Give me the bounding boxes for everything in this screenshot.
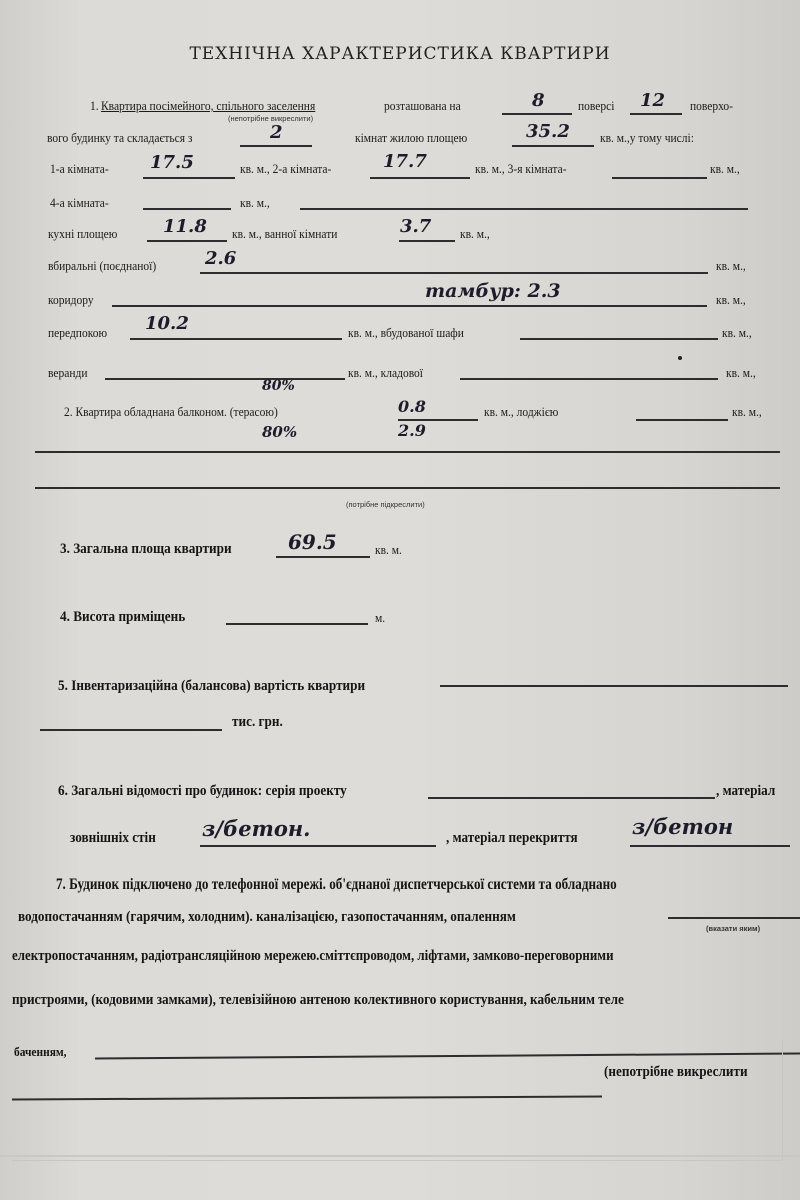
utilities-line-3: електропостачанням, радіотрансляційною м… [12,948,614,965]
hall-value[interactable]: 10.2 [145,313,189,334]
room1-value[interactable]: 17.5 [150,152,194,173]
inventory-value-label: 5. Інвентаризаційна (балансова) вартість… [58,678,365,695]
corridor-value[interactable]: тамбур: 2.3 [425,280,561,302]
room-height-field-line[interactable] [226,623,368,625]
veranda-field-line[interactable] [105,378,345,380]
room3-label: кв. м., 3-я кімната- [475,162,567,177]
room1-field-line [143,177,235,179]
outer-walls-field-line [200,845,436,847]
wardrobe-field-line[interactable] [520,338,718,340]
rooms-field-line [240,145,312,147]
bath-value[interactable]: 3.7 [400,216,431,237]
room2-label: кв. м., 2-а кімната- [240,162,331,177]
inventory-value-field-line-2[interactable] [40,729,222,731]
wardrobe-label: кв. м., вбудованої шафи [348,326,464,341]
floor-value[interactable]: 8 [532,90,545,111]
document-page: ТЕХНІЧНА ХАРАКТЕРИСТИКА КВАРТИРИ 1. Квар… [0,0,800,1200]
utilities-line-4: пристроями, (кодовими замками), телевізі… [12,992,624,1009]
living-area-unit: кв. м.,у тому числі: [600,131,694,146]
storeys-label: поверхо- [690,99,733,114]
percent-bottom: 80% [262,423,297,441]
inventory-value-field-line[interactable] [440,685,788,687]
specify-note: (вказати яким) [706,924,760,933]
total-area-value[interactable]: 69.5 [288,530,337,554]
project-series-field-line[interactable] [428,797,715,799]
total-floors-field-line [630,113,682,115]
balcony-extra-line-2[interactable] [35,487,780,489]
document-title: ТЕХНІЧНА ХАРАКТЕРИСТИКА КВАРТИРИ [0,44,800,64]
total-area-label: 3. Загальна площа квартири [60,541,232,558]
room3-field-line[interactable] [612,177,707,179]
outer-walls-label: зовнішніх стін [70,830,156,847]
kitchen-field-line [147,240,227,242]
room-height-unit: м. [375,611,385,626]
toilet-value[interactable]: 2.6 [205,248,236,269]
balcony-value-bottom[interactable]: 2.9 [398,421,426,440]
kitchen-label: кухні площею [48,227,117,242]
paper-fold [0,1155,800,1157]
rooms-intro-label: вого будинку та складається з [47,131,192,146]
bath-label: кв. м., ванної кімнати [232,227,337,242]
balcony-extra-line-1[interactable] [35,451,780,453]
loggia-unit: кв. м., [732,405,762,420]
hall-label: передпокою [48,326,107,341]
room4-label: 4-а кімната- [50,196,109,211]
ceiling-material-field-line [630,845,790,847]
loggia-label: кв. м., лоджією [484,405,558,420]
living-area-value[interactable]: 35.2 [526,121,570,142]
section1-occupancy-type: Квартира посімейного, спільного заселенн… [101,99,315,114]
kitchen-value[interactable]: 11.8 [163,216,207,237]
storage-label: кв. м., кладової [348,366,423,381]
ceiling-material-value[interactable]: з/бетон [632,814,733,839]
total-area-field-line [276,556,370,558]
corridor-label: коридору [48,293,94,308]
toilet-unit: кв. м., [716,259,746,274]
room4-field-line[interactable] [143,208,231,210]
wardrobe-unit: кв. м., [722,326,752,341]
room2-value[interactable]: 17.7 [383,151,427,172]
room3-unit: кв. м., [710,162,740,177]
room2-field-line [370,177,470,179]
ceiling-material-label: , матеріал перекриття [446,830,578,847]
hall-field-line [130,338,342,340]
room1-label: 1-а кімната- [50,162,109,177]
total-floors-value[interactable]: 12 [640,90,665,111]
page-frame-border [12,1040,783,1161]
percent-top: 80% [262,378,295,394]
corridor-field-line [112,305,707,307]
underline-note: (потрібне підкреслити) [346,500,425,509]
total-area-unit: кв. м. [375,543,402,558]
veranda-label: веранди [48,366,87,381]
utilities-line-2: водопостачанням (гарячим, холодним). кан… [18,909,516,926]
room-height-label: 4. Висота приміщень [60,609,185,626]
living-area-field-line [512,145,594,147]
section1-number: 1. [90,99,99,114]
inventory-value-unit: тис. грн. [232,714,283,731]
storage-field-line[interactable] [460,378,718,380]
bath-unit: кв. м., [460,227,490,242]
section1-located-label: розташована на [384,99,461,114]
utilities-line-1: 7. Будинок підключено до телефонної мере… [56,876,617,894]
ink-dot [678,356,682,360]
balcony-label: 2. Квартира обладнана балконом. (терасою… [64,405,278,420]
balcony-value-top[interactable]: 0.8 [398,397,426,416]
building-info-label: 6. Загальні відомості про будинок: серія… [58,783,347,800]
floor-field-line [502,113,572,115]
rooms-count-value[interactable]: 2 [270,122,283,143]
bath-field-line [399,240,455,242]
floor-label: поверсі [578,99,614,114]
outer-walls-value[interactable]: з/бетон. [202,816,310,841]
heating-type-field-line[interactable] [668,917,800,919]
storage-unit: кв. м., [726,366,756,381]
toilet-field-line [200,272,708,274]
corridor-unit: кв. м., [716,293,746,308]
toilet-label: вбиральні (поєднаної) [48,259,156,274]
living-area-label: кімнат жилою площею [355,131,467,146]
loggia-field-line[interactable] [636,419,728,421]
extra-field-line[interactable] [300,208,748,210]
room4-unit: кв. м., [240,196,270,211]
material-label: , матеріал [716,783,775,800]
